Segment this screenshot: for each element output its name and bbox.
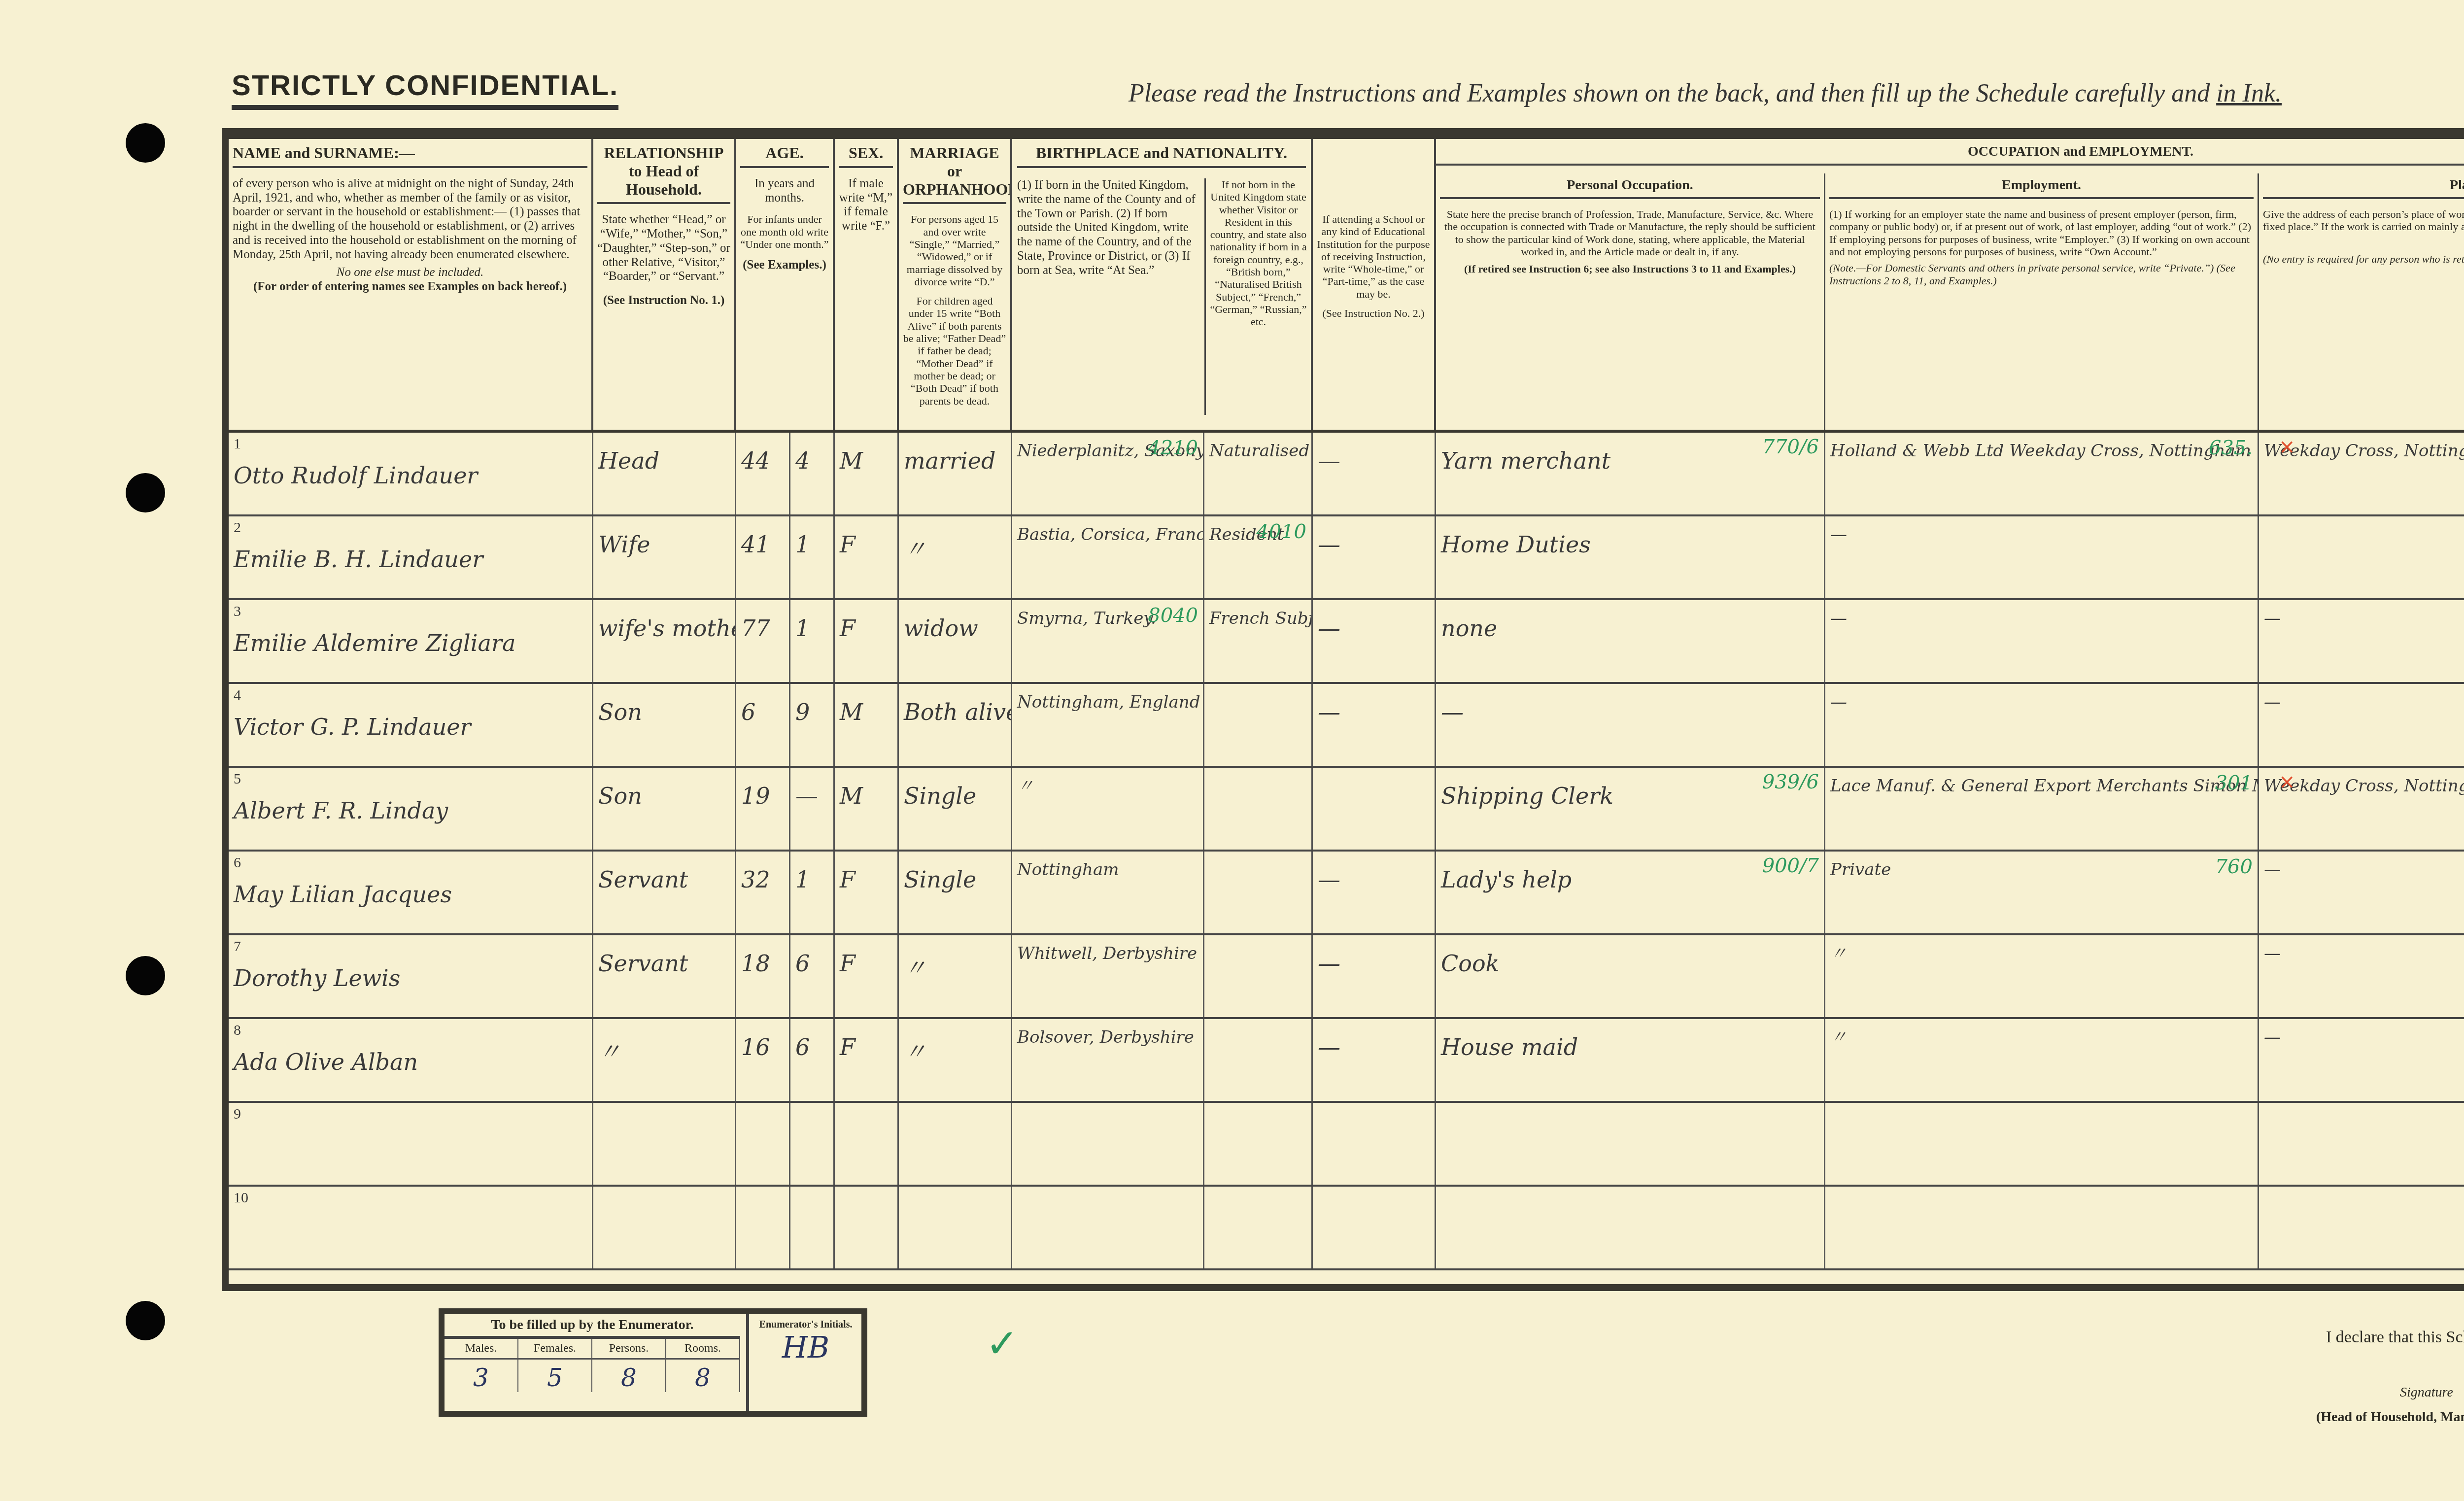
enumerator-code: 635. <box>2209 436 2253 460</box>
person-row: 6May Lilian JacquesServant321FSingleNott… <box>229 852 2464 935</box>
cell-education <box>1313 1187 1436 1268</box>
cell-birthplace: Whitwell, Derbyshire <box>1012 935 1204 1017</box>
marriage-value: 〃 <box>904 536 926 562</box>
cell-education: — <box>1313 433 1436 514</box>
birthplace-value: Bolsover, Derbyshire <box>1017 1027 1194 1047</box>
place-of-work-value: — <box>2264 860 2281 880</box>
cell-name: 5Albert F. R. Linday <box>229 768 593 850</box>
row-number: 7 <box>234 938 241 955</box>
header-marriage-body: For persons aged 15 and over write “Sing… <box>903 213 1006 288</box>
sex-value: F <box>840 866 856 893</box>
row-number: 10 <box>234 1190 248 1206</box>
row-number: 8 <box>234 1022 241 1039</box>
enumerator-initials: Enumerator's Initials. HB <box>746 1314 862 1411</box>
person-row: 9Under OneAge last birthday.123456789101… <box>229 1103 2464 1187</box>
occupation-value: Yarn merchant <box>1441 447 1610 474</box>
persons-value: 8 <box>592 1360 665 1392</box>
cell-name: 6May Lilian Jacques <box>229 852 593 933</box>
birthplace-value: Smyrna, Turkey. <box>1017 609 1156 628</box>
age-years-value: 77 <box>741 615 770 642</box>
sex-value: F <box>840 950 856 977</box>
cell-age-months: 1 <box>790 852 835 933</box>
relationship-value: 〃 <box>598 1038 621 1065</box>
cell-age-years: 19 <box>736 768 790 850</box>
females-label: Females. <box>518 1339 591 1360</box>
sex-value: F <box>840 615 856 642</box>
relationship-value: wife's mother <box>598 615 736 642</box>
cell-education: — <box>1313 852 1436 933</box>
header-marriage-sub: For children aged under 15 write “Both A… <box>903 295 1006 407</box>
cell-marriage <box>899 1103 1012 1185</box>
cell-employment: — <box>1825 516 2259 598</box>
header-birthplace-body: (1) If born in the United Kingdom, write… <box>1017 178 1199 277</box>
cell-age-years: 77 <box>736 600 790 682</box>
enumerator-code: 301 <box>2215 771 2253 795</box>
header-age-title: AGE. <box>740 144 829 168</box>
age-years-value: 32 <box>741 866 770 893</box>
enumerator-code: 939/6 <box>1762 771 1819 793</box>
cell-nationality: French Subject <box>1204 600 1313 682</box>
header-sex-body: If male write “M,” if female write “F.” <box>839 177 893 234</box>
age-years-value: 19 <box>741 783 770 809</box>
signature-label: Signature <box>2400 1385 2453 1400</box>
header-relationship-note: (See Instruction No. 1.) <box>597 294 730 308</box>
confidential-heading: STRICTLY CONFIDENTIAL. <box>232 69 618 110</box>
cell-place-of-work: — <box>2259 1019 2464 1101</box>
nationality-value: Naturalised British Subject, German orig… <box>1209 441 1313 461</box>
age-years-value: 16 <box>741 1034 770 1060</box>
name-value: Emilie B. H. Lindauer <box>234 546 483 573</box>
instruction-ink: in Ink. <box>2216 79 2282 107</box>
cell-place-of-work: — <box>2259 852 2464 933</box>
cell-age-years <box>736 1187 790 1268</box>
name-value: Otto Rudolf Lindauer <box>234 462 478 489</box>
marriage-value: Both alive <box>904 699 1012 725</box>
cell-name: 2Emilie B. H. Lindauer <box>229 516 593 598</box>
cell-marriage: Both alive <box>899 684 1012 766</box>
enumerator-code: 760 <box>2215 854 2253 879</box>
person-row: 5Albert F. R. LindaySon19—MSingle〃Shippi… <box>229 768 2464 852</box>
enumerator-code: 770/6 <box>1762 436 1819 458</box>
age-years-value: 18 <box>741 950 770 977</box>
cell-relationship: Servant <box>593 852 736 933</box>
cell-age-months: 4 <box>790 433 835 514</box>
sex-value: M <box>840 783 863 809</box>
cell-nationality <box>1204 935 1313 1017</box>
cell-age-months: 1 <box>790 600 835 682</box>
relationship-value: Wife <box>598 531 650 558</box>
cell-sex <box>835 1187 899 1268</box>
cell-occupation <box>1436 1187 1825 1268</box>
header-name: NAME and SURNAME:— of every person who i… <box>229 139 593 430</box>
marriage-value: 〃 <box>904 1038 926 1065</box>
instruction-text: Please read the Instructions and Example… <box>1129 79 2210 107</box>
person-row: 2Emilie B. H. LindauerWife411F〃Bastia, C… <box>229 516 2464 600</box>
header-place-of-work-body: Give the address of each person’s place … <box>2263 208 2464 233</box>
occupation-value: House maid <box>1441 1034 1578 1060</box>
relationship-value: Son <box>598 699 642 725</box>
cell-age-years: 44 <box>736 433 790 514</box>
cell-sex <box>835 1103 899 1185</box>
header-marriage-title: MARRIAGE or ORPHANHOOD. <box>903 144 1006 204</box>
row-number: 2 <box>234 519 241 536</box>
cell-name: 8Ada Olive Alban <box>229 1019 593 1101</box>
age-months-value: 9 <box>795 699 810 725</box>
cell-employment: — <box>1825 600 2259 682</box>
sex-value: M <box>840 447 863 474</box>
row-number: 5 <box>234 771 241 787</box>
employment-value: — <box>1830 692 1847 712</box>
occupation-value: Shipping Clerk <box>1441 783 1613 809</box>
header-place-of-work-note: (No entry is required for any person who… <box>2263 253 2464 265</box>
header-birthplace: BIRTHPLACE and NATIONALITY. (1) If born … <box>1012 139 1313 430</box>
red-cross-mark-icon: × <box>2279 435 2295 459</box>
cell-education: — <box>1313 684 1436 766</box>
header-age-sub: For infants under one month old write “U… <box>740 213 829 250</box>
cell-birthplace: 〃 <box>1012 768 1204 850</box>
place-of-work-value: — <box>2264 692 2281 712</box>
person-row: 10Under OneAge last birthday.12345678910… <box>229 1187 2464 1270</box>
header-name-title: NAME and SURNAME:— <box>233 144 587 168</box>
cell-occupation: Cook <box>1436 935 1825 1017</box>
cell-employment: 〃 <box>1825 1019 2259 1101</box>
cell-relationship: Wife <box>593 516 736 598</box>
marriage-value: married <box>904 447 995 474</box>
birthplace-value: Whitwell, Derbyshire <box>1017 944 1197 963</box>
red-cross-mark-icon: × <box>2279 770 2295 794</box>
relationship-value: Head <box>598 447 659 474</box>
enumerator-code: 8040 <box>1148 603 1198 628</box>
row-number: 1 <box>234 436 241 452</box>
cell-employment: Lace Manuf. & General Export Merchants S… <box>1825 768 2259 850</box>
cell-age-years: 18 <box>736 935 790 1017</box>
cell-sex: F <box>835 516 899 598</box>
age-years-value: 6 <box>741 699 755 725</box>
cell-marriage: Single <box>899 768 1012 850</box>
males-label: Males. <box>445 1339 517 1360</box>
age-months-value: 6 <box>795 950 810 977</box>
enumerator-code: 4010 <box>1256 519 1306 544</box>
cell-place-of-work: — <box>2259 935 2464 1017</box>
header-relationship-body: State whether “Head,” or “Wife,” “Mother… <box>597 213 730 284</box>
cell-education: — <box>1313 516 1436 598</box>
marriage-value: widow <box>904 615 978 642</box>
cell-sex: F <box>835 600 899 682</box>
cell-sex: F <box>835 852 899 933</box>
initials-value: HB <box>749 1330 862 1365</box>
cell-birthplace <box>1012 1103 1204 1185</box>
sex-value: F <box>840 531 856 558</box>
persons-label: Persons. <box>592 1339 665 1360</box>
person-row: 1Otto Rudolf LindauerHead444MmarriedNied… <box>229 433 2464 516</box>
cell-employment: — <box>1825 684 2259 766</box>
education-value: — <box>1318 447 1340 474</box>
row-number: 3 <box>234 603 241 620</box>
person-row: 7Dorothy LewisServant186F〃Whitwell, Derb… <box>229 935 2464 1019</box>
row-number: 4 <box>234 687 241 704</box>
cell-relationship: Son <box>593 684 736 766</box>
cell-place-of-work <box>2259 1103 2464 1185</box>
cell-age-months: — <box>790 768 835 850</box>
cell-nationality: Resident4010 <box>1204 516 1313 598</box>
age-years-value: 44 <box>741 447 770 474</box>
header-education: If attending a School or any kind of Edu… <box>1313 139 1436 430</box>
age-months-value: 1 <box>795 615 810 642</box>
fill-instructions: Please read the Instructions and Example… <box>1129 79 2282 108</box>
declaration-text: I declare that this Schedule is correctl… <box>2326 1328 2464 1347</box>
name-value: Victor G. P. Lindauer <box>234 714 471 740</box>
education-value: — <box>1318 615 1340 642</box>
header-employment: Employment. (1) If working for an employ… <box>1825 173 2259 430</box>
females-value: 5 <box>518 1360 591 1392</box>
cell-occupation: Yarn merchant770/6 <box>1436 433 1825 514</box>
cell-age-years: 16 <box>736 1019 790 1101</box>
education-value: — <box>1318 866 1340 893</box>
name-value: Ada Olive Alban <box>234 1049 418 1075</box>
header-employment-title: Employment. <box>1829 177 2254 199</box>
cell-occupation: Shipping Clerk939/6 <box>1436 768 1825 850</box>
education-value: — <box>1318 531 1340 558</box>
punch-hole <box>126 1301 165 1340</box>
name-value: Albert F. R. Linday <box>234 797 448 824</box>
cell-nationality <box>1204 768 1313 850</box>
header-occupation-group: OCCUPATION and EMPLOYMENT. Personal Occu… <box>1436 139 2464 430</box>
cell-birthplace: Bastia, Corsica, France <box>1012 516 1204 598</box>
signature-note: (Head of Household, Manager of Establish… <box>2316 1409 2464 1425</box>
header-age-note: (See Examples.) <box>740 258 829 273</box>
header-age-body: In years and months. <box>740 177 829 205</box>
enumerator-totals-box: To be filled up by the Enumerator. Males… <box>439 1308 867 1417</box>
employment-value: Private <box>1830 860 1891 880</box>
cell-occupation: Lady's help900/7 <box>1436 852 1825 933</box>
cell-place-of-work: — <box>2259 600 2464 682</box>
education-value: — <box>1318 950 1340 977</box>
cell-place-of-work: — <box>2259 684 2464 766</box>
employment-value: — <box>1830 525 1847 545</box>
cell-nationality <box>1204 684 1313 766</box>
age-months-value: 1 <box>795 531 810 558</box>
birthplace-value: Nottingham, England <box>1017 692 1200 712</box>
relationship-value: Servant <box>598 950 688 977</box>
cell-nationality: Naturalised British Subject, German orig… <box>1204 433 1313 514</box>
marriage-value: 〃 <box>904 955 926 981</box>
header-personal-occupation: Personal Occupation. State here the prec… <box>1436 173 1825 430</box>
cell-nationality <box>1204 1187 1313 1268</box>
cell-birthplace: Nottingham, England <box>1012 684 1204 766</box>
punch-hole <box>126 473 165 512</box>
birthplace-value: 〃 <box>1017 776 1034 796</box>
cell-relationship: 〃 <box>593 1019 736 1101</box>
header-sex: SEX. If male write “M,” if female write … <box>835 139 899 430</box>
cell-education: — <box>1313 935 1436 1017</box>
punch-hole <box>126 956 165 995</box>
cell-nationality <box>1204 852 1313 933</box>
rooms-label: Rooms. <box>666 1339 739 1360</box>
cell-occupation: none <box>1436 600 1825 682</box>
employment-value: Holland & Webb Ltd Weekday Cross, Nottin… <box>1830 441 2251 461</box>
cell-age-months <box>790 1103 835 1185</box>
rooms-count: Rooms.8 <box>666 1339 740 1392</box>
age-months-value: 1 <box>795 866 810 893</box>
initials-label: Enumerator's Initials. <box>749 1314 862 1330</box>
cell-age-years <box>736 1103 790 1185</box>
cell-education: — <box>1313 1019 1436 1101</box>
census-schedule-page: STRICTLY CONFIDENTIAL. Please read the I… <box>0 0 2464 1501</box>
age-months-value: — <box>795 783 818 809</box>
cell-occupation: Home Duties <box>1436 516 1825 598</box>
cell-nationality <box>1204 1019 1313 1101</box>
cell-occupation: House maid <box>1436 1019 1825 1101</box>
cell-name: 1Otto Rudolf Lindauer <box>229 433 593 514</box>
cell-relationship <box>593 1187 736 1268</box>
name-value: Dorothy Lewis <box>234 965 400 991</box>
birthplace-value: Bastia, Corsica, France <box>1017 525 1204 545</box>
occupation-value: — <box>1441 699 1464 725</box>
cell-age-years: 6 <box>736 684 790 766</box>
name-value: Emilie Aldemire Zigliara <box>234 630 515 656</box>
cell-education <box>1313 1103 1436 1185</box>
cell-age-months: 1 <box>790 516 835 598</box>
cell-sex: F <box>835 935 899 1017</box>
census-form-table: NAME and SURNAME:— of every person who i… <box>222 128 2464 1291</box>
header-personal-occupation-body: State here the precise branch of Profess… <box>1440 208 1820 258</box>
females-count: Females.5 <box>518 1339 592 1392</box>
cell-employment: 〃 <box>1825 935 2259 1017</box>
header-sex-title: SEX. <box>839 144 893 168</box>
cell-nationality <box>1204 1103 1313 1185</box>
header-personal-occupation-title: Personal Occupation. <box>1440 177 1820 199</box>
cell-age-years: 32 <box>736 852 790 933</box>
header-marriage: MARRIAGE or ORPHANHOOD. For persons aged… <box>899 139 1012 430</box>
cell-place-of-work <box>2259 1187 2464 1268</box>
cell-marriage: 〃 <box>899 516 1012 598</box>
employment-value: Lace Manuf. & General Export Merchants S… <box>1830 776 2259 796</box>
enumerator-code: 4210 <box>1148 436 1198 460</box>
occupation-value: none <box>1441 615 1497 642</box>
enumerator-box-title: To be filled up by the Enumerator. <box>445 1314 740 1339</box>
cell-employment <box>1825 1103 2259 1185</box>
cell-age-months <box>790 1187 835 1268</box>
cell-marriage: Single <box>899 852 1012 933</box>
cell-marriage: widow <box>899 600 1012 682</box>
person-row: 4Victor G. P. LindauerSon69MBoth aliveNo… <box>229 684 2464 768</box>
header-education-body: If attending a School or any kind of Edu… <box>1317 213 1430 300</box>
cell-name: 9 <box>229 1103 593 1185</box>
cell-birthplace: Niederplanitz, Saxony, Germany.4210 <box>1012 433 1204 514</box>
cell-sex: M <box>835 768 899 850</box>
cell-name: 10 <box>229 1187 593 1268</box>
age-months-value: 6 <box>795 1034 810 1060</box>
header-name-order: (For order of entering names see Example… <box>233 280 587 294</box>
punch-hole <box>126 123 165 163</box>
nationality-value: French Subject <box>1209 609 1313 628</box>
enumerator-code: 900/7 <box>1762 854 1819 877</box>
row-number: 9 <box>234 1106 241 1123</box>
marriage-value: Single <box>904 866 976 893</box>
cell-name: 7Dorothy Lewis <box>229 935 593 1017</box>
cell-marriage <box>899 1187 1012 1268</box>
place-of-work-value: — <box>2264 944 2281 963</box>
cell-birthplace: Bolsover, Derbyshire <box>1012 1019 1204 1101</box>
header-place-of-work: Place of Work. Give the address of each … <box>2259 173 2464 430</box>
cell-marriage: 〃 <box>899 1019 1012 1101</box>
check-mark-icon: ✓ <box>986 1321 1019 1366</box>
cell-place-of-work <box>2259 516 2464 598</box>
cell-education: — <box>1313 600 1436 682</box>
header-name-body: of every person who is alive at midnight… <box>233 177 587 262</box>
header-employment-body: (1) If working for an employer state the… <box>1829 208 2254 258</box>
cell-age-months: 6 <box>790 935 835 1017</box>
employment-value: 〃 <box>1830 1027 1847 1047</box>
header-relationship-title: RELATIONSHIP to Head of Household. <box>597 144 730 204</box>
cell-name: 4Victor G. P. Lindauer <box>229 684 593 766</box>
age-years-value: 41 <box>741 531 770 558</box>
sex-value: M <box>840 699 863 725</box>
person-row: 3Emilie Aldemire Zigliarawife's mother77… <box>229 600 2464 684</box>
education-value: — <box>1318 699 1340 725</box>
education-value: — <box>1318 1034 1340 1060</box>
cell-relationship: wife's mother <box>593 600 736 682</box>
header-relationship: RELATIONSHIP to Head of Household. State… <box>593 139 736 430</box>
cell-birthplace: Smyrna, Turkey.8040 <box>1012 600 1204 682</box>
header-name-note: No one else must be included. <box>233 266 587 280</box>
cell-employment <box>1825 1187 2259 1268</box>
cell-age-months: 9 <box>790 684 835 766</box>
cell-sex: M <box>835 684 899 766</box>
cell-occupation <box>1436 1103 1825 1185</box>
header-birthplace-title: BIRTHPLACE and NATIONALITY. <box>1017 144 1306 168</box>
cell-age-months: 6 <box>790 1019 835 1101</box>
cell-employment: Private760 <box>1825 852 2259 933</box>
males-count: Males.3 <box>445 1339 518 1392</box>
relationship-value: Son <box>598 783 642 809</box>
cell-education <box>1313 768 1436 850</box>
persons-count: Persons.8 <box>592 1339 666 1392</box>
cell-relationship: Son <box>593 768 736 850</box>
cell-sex: M <box>835 433 899 514</box>
person-row: 8Ada Olive Alban〃166F〃Bolsover, Derbyshi… <box>229 1019 2464 1103</box>
header-personal-occupation-note: (If retired see Instruction 6; see also … <box>1440 263 1820 275</box>
header-education-note: (See Instruction No. 2.) <box>1317 307 1430 319</box>
cell-place-of-work: Weekday Cross, Nottingham× <box>2259 768 2464 850</box>
cell-occupation: — <box>1436 684 1825 766</box>
cell-relationship <box>593 1103 736 1185</box>
header-employment-note: (Note.—For Domestic Servants and others … <box>1829 262 2254 287</box>
occupation-value: Lady's help <box>1441 866 1572 893</box>
cell-name: 3Emilie Aldemire Zigliara <box>229 600 593 682</box>
birthplace-value: Nottingham <box>1017 860 1119 880</box>
occupation-value: Home Duties <box>1441 531 1591 558</box>
cell-marriage: married <box>899 433 1012 514</box>
relationship-value: Servant <box>598 866 688 893</box>
place-of-work-value: — <box>2264 1027 2281 1047</box>
cell-sex: F <box>835 1019 899 1101</box>
place-of-work-value: — <box>2264 609 2281 628</box>
header-occupation-group-title: OCCUPATION and EMPLOYMENT. <box>1436 144 2464 166</box>
males-value: 3 <box>445 1360 517 1392</box>
rooms-value: 8 <box>666 1360 739 1392</box>
cell-age-years: 41 <box>736 516 790 598</box>
employment-value: — <box>1830 609 1847 628</box>
occupation-value: Cook <box>1441 950 1499 977</box>
sex-value: F <box>840 1034 856 1060</box>
marriage-value: Single <box>904 783 976 809</box>
cell-marriage: 〃 <box>899 935 1012 1017</box>
cell-birthplace <box>1012 1187 1204 1268</box>
cell-employment: Holland & Webb Ltd Weekday Cross, Nottin… <box>1825 433 2259 514</box>
age-months-value: 4 <box>795 447 810 474</box>
employment-value: 〃 <box>1830 944 1847 963</box>
